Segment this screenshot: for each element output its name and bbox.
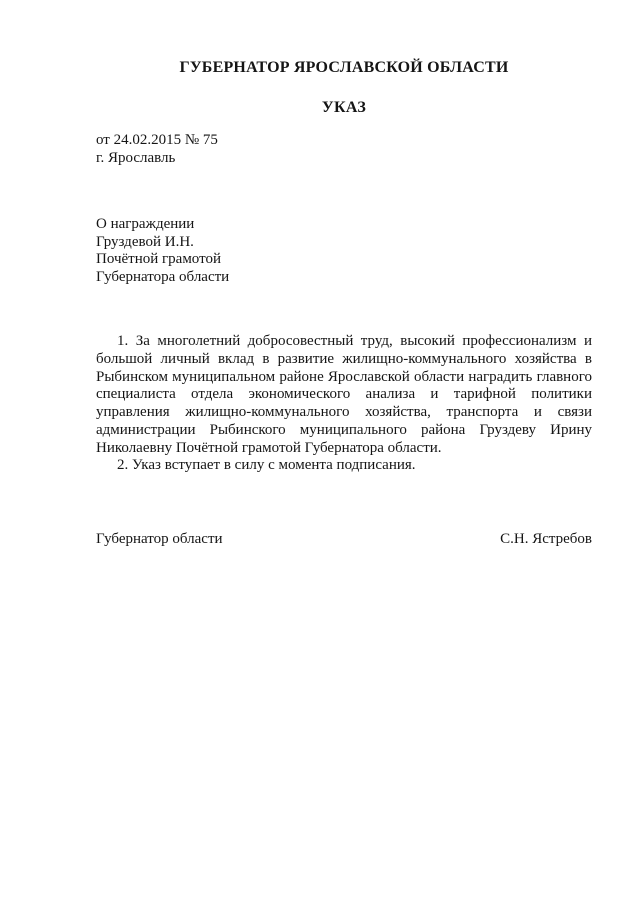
city-line: г. Ярославль — [96, 149, 592, 167]
decree-paragraph-2: 2. Указ вступает в силу с момента подпис… — [96, 457, 592, 475]
decree-body: 1. За многолетний добросовестный труд, в… — [96, 333, 592, 475]
issuer-title: ГУБЕРНАТОР ЯРОСЛАВСКОЙ ОБЛАСТИ — [96, 58, 592, 78]
decree-type-title: УКАЗ — [96, 98, 592, 118]
signature-name: С.Н. Ястребов — [500, 530, 592, 548]
signature-row: Губернатор области С.Н. Ястребов — [96, 530, 592, 548]
signature-position: Губернатор области — [96, 530, 223, 548]
subject-line: Груздевой И.Н. — [96, 234, 592, 252]
date-number-line: от 24.02.2015 № 75 — [96, 131, 592, 149]
document-page: ГУБЕРНАТОР ЯРОСЛАВСКОЙ ОБЛАСТИ УКАЗ от 2… — [0, 0, 640, 905]
decree-paragraph-1: 1. За многолетний добросовестный труд, в… — [96, 333, 592, 457]
subject-line: О награждении — [96, 216, 592, 234]
subject-line: Губернатора области — [96, 269, 592, 287]
subject-line: Почётной грамотой — [96, 251, 592, 269]
decree-meta: от 24.02.2015 № 75 г. Ярославль — [96, 131, 592, 167]
subject-block: О награждении Груздевой И.Н. Почётной гр… — [96, 216, 592, 286]
document-content: ГУБЕРНАТОР ЯРОСЛАВСКОЙ ОБЛАСТИ УКАЗ от 2… — [0, 0, 640, 548]
